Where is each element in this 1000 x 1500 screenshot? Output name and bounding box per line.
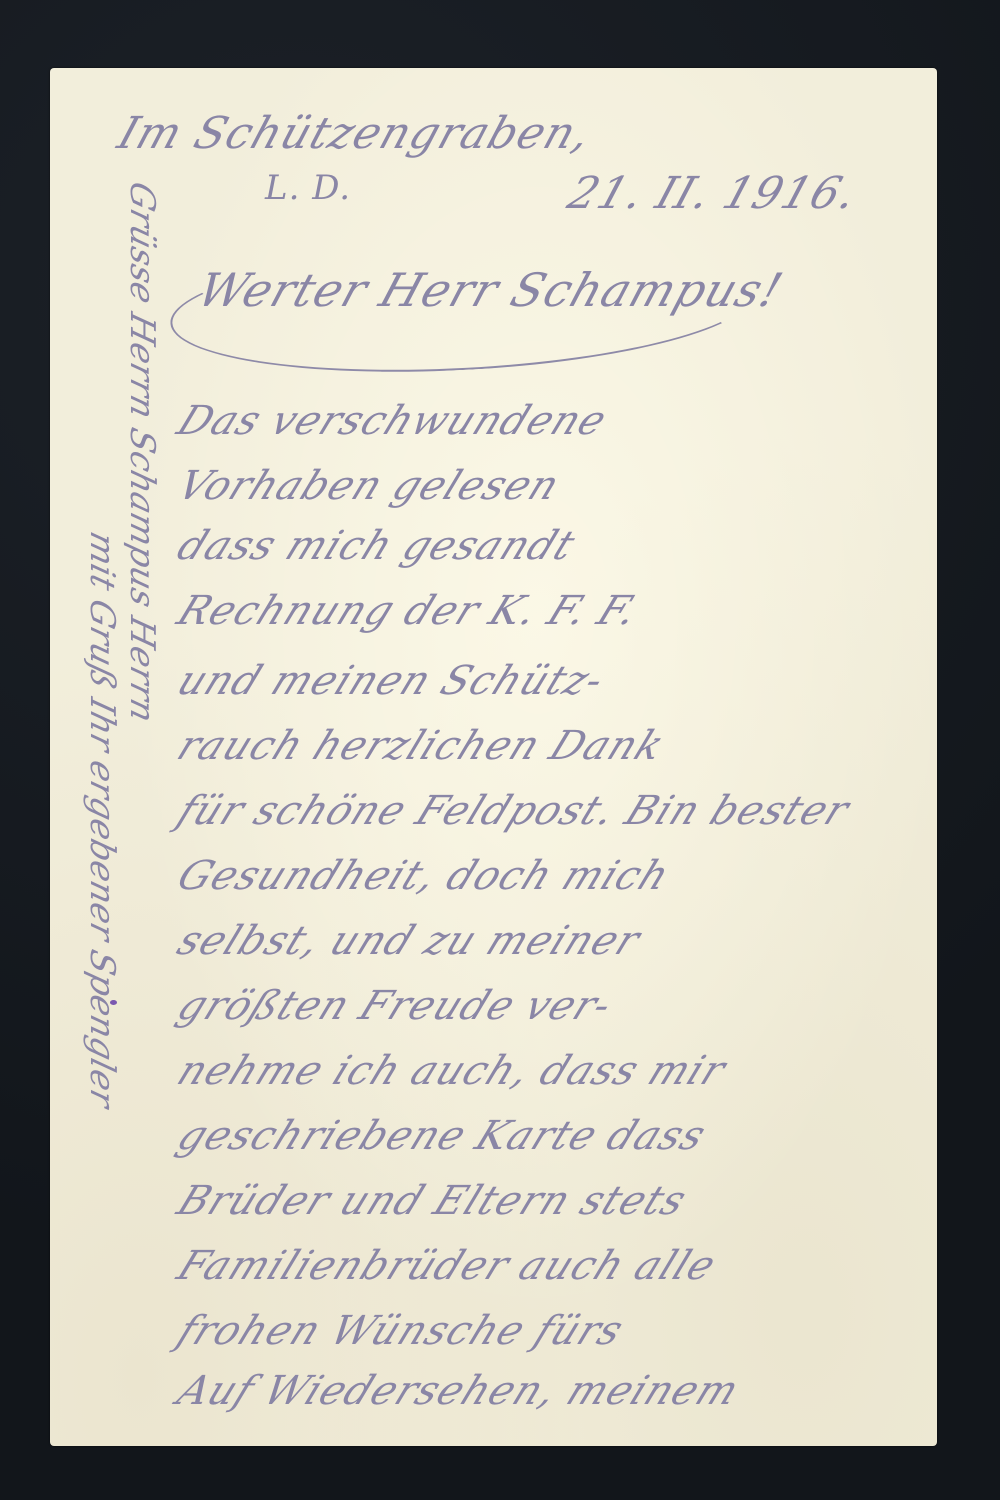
body-line: Familienbrüder auch alle	[171, 1243, 723, 1289]
body-line: frohen Wünsche fürs	[171, 1308, 631, 1354]
body-line: dass mich gesandt	[171, 523, 583, 569]
postcard: Im Schützengraben, L. D. 21. II. 1916. W…	[50, 68, 937, 1446]
body-line: nehme ich auch, dass mir	[171, 1048, 733, 1094]
ink-mark	[110, 1000, 117, 1005]
greeting: Werter Herr Schampus!	[191, 263, 790, 317]
date-line: 21. II. 1916.	[562, 168, 864, 219]
body-line: und meinen Schütz-	[171, 658, 612, 704]
body-line: Auf Wiedersehen, meinem	[171, 1368, 747, 1414]
body-line: Vorhaben gelesen	[171, 463, 567, 509]
body-line: Rechnung der K. F. F.	[171, 588, 646, 634]
body-line: Gesundheit, doch mich	[171, 853, 677, 899]
location-abbrev: L. D.	[265, 168, 351, 208]
margin-note: mit Gruß Ihr ergebener Spengler	[82, 527, 122, 1112]
body-line: rauch herzlichen Dank	[171, 723, 672, 769]
body-line: geschriebene Karte dass	[171, 1113, 713, 1159]
location-line: Im Schützengraben,	[112, 108, 598, 159]
body-line: Das verschwundene	[171, 398, 614, 444]
body-line: für schöne Feldpost. Bin bester	[171, 788, 857, 834]
body-line: selbst, und zu meiner	[171, 918, 648, 964]
margin-note: Grüsse Herrn Schampus Herrn	[122, 177, 162, 727]
body-line: Brüder und Eltern stets	[171, 1178, 694, 1224]
body-line: größten Freude ver-	[171, 983, 620, 1029]
